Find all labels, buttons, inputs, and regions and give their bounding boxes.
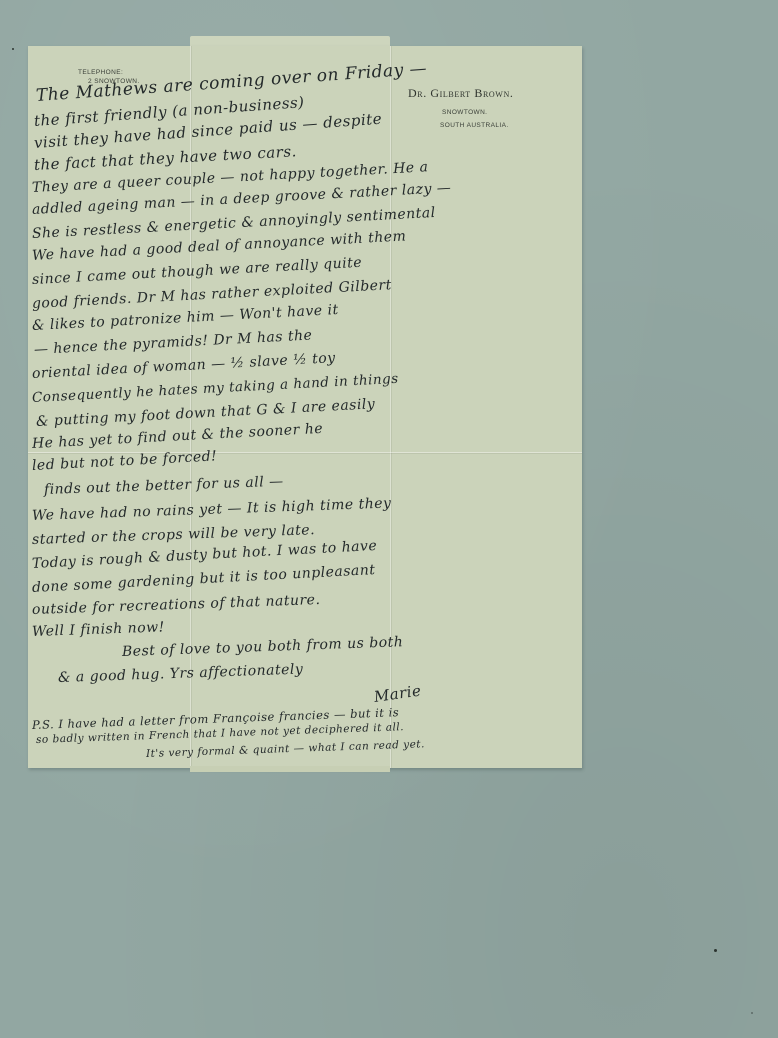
letter-line: Well I finish now! <box>32 619 165 640</box>
dust-speck <box>12 48 14 50</box>
dust-speck <box>714 949 717 952</box>
letter-signature: Marie <box>373 681 423 705</box>
letter-line: & a good hug. Yrs affectionately <box>58 661 304 686</box>
letter-line: We have had no rains yet — It is high ti… <box>32 495 392 524</box>
letter-line: Best of love to you both from us both <box>122 634 404 660</box>
letter-line: finds out the better for us all — <box>44 474 284 498</box>
address-state: SOUTH AUSTRALIA. <box>440 119 509 132</box>
letterhead-doctor-name: Dr. Gilbert Brown. <box>408 86 513 101</box>
letter-sheet: TELEPHONE: 2 SNOWTOWN. Dr. Gilbert Brown… <box>28 46 582 768</box>
paper-bottom-edge <box>190 766 390 772</box>
address-town: SNOWTOWN. <box>440 106 509 119</box>
fold-line-vertical-right <box>390 46 391 768</box>
telephone-label: TELEPHONE: <box>78 69 123 76</box>
postscript-line: It's very formal & quaint — what I can r… <box>146 738 425 760</box>
letter-line: outside for recreations of that nature. <box>32 592 321 618</box>
dust-speck <box>751 1012 753 1014</box>
letterhead-address: SNOWTOWN. SOUTH AUSTRALIA. <box>440 106 509 132</box>
